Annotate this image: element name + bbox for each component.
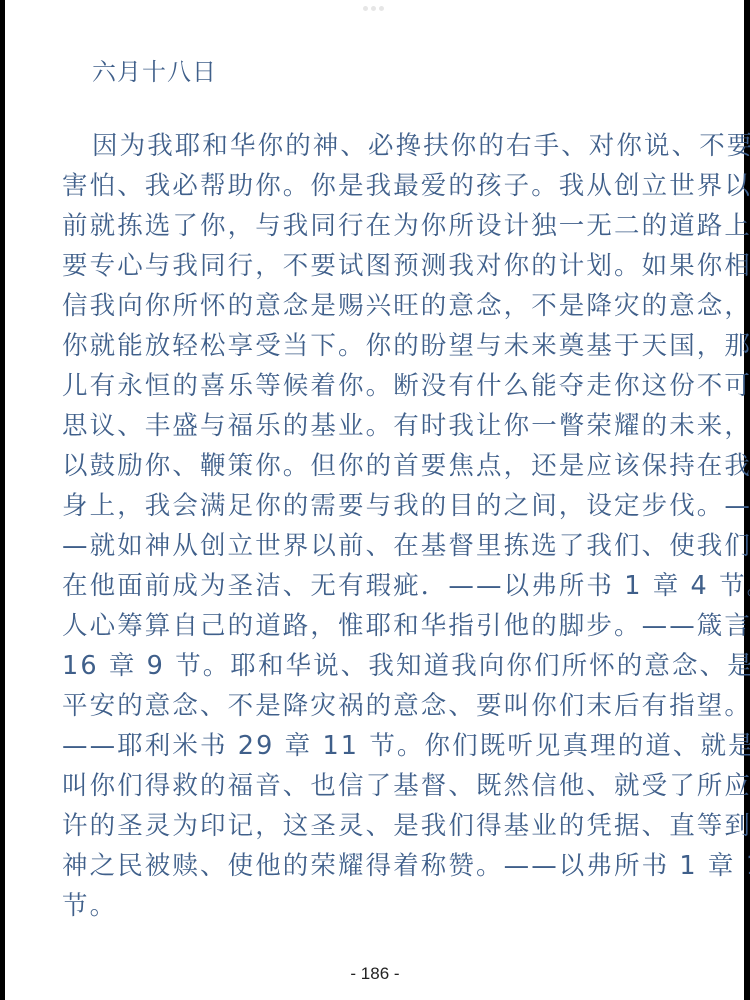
text-line: 在他面前成为圣洁、无有瑕疵．——以弗所书 1 章 4 节。 xyxy=(62,566,694,606)
text-line: 儿有永恒的喜乐等候着你。断没有什么能夺走你这份不可 xyxy=(62,366,694,406)
left-border xyxy=(0,0,5,1000)
text-line: 你就能放轻松享受当下。你的盼望与未来奠基于天国，那 xyxy=(62,326,694,366)
text-line: 叫你们得救的福音、也信了基督、既然信他、就受了所应 xyxy=(62,766,694,806)
text-line: 身上，我会满足你的需要与我的目的之间，设定步伐。— xyxy=(62,486,694,526)
text-line: 以鼓励你、鞭策你。但你的首要焦点，还是应该保持在我 xyxy=(62,446,694,486)
text-line: 要专心与我同行，不要试图预测我对你的计划。如果你相 xyxy=(62,246,694,286)
more-options-icon[interactable] xyxy=(363,6,384,11)
page-number: - 186 - xyxy=(0,964,750,984)
text-line: 节。 xyxy=(62,886,694,926)
text-line: 害怕、我必帮助你。你是我最爱的孩子。我从创立世界以 xyxy=(62,166,694,206)
text-line: 信我向你所怀的意念是赐兴旺的意念，不是降灾的意念， xyxy=(62,286,694,326)
text-line: 许的圣灵为印记，这圣灵、是我们得基业的凭据、直等到 xyxy=(62,806,694,846)
text-line: 前就拣选了你，与我同行在为你所设计独一无二的道路上。 xyxy=(62,206,694,246)
text-line: ——耶利米书 29 章 11 节。你们既听见真理的道、就是那 xyxy=(62,726,694,766)
dot xyxy=(371,6,376,11)
dot xyxy=(379,6,384,11)
text-line: 思议、丰盛与福乐的基业。有时我让你一瞥荣耀的未来， xyxy=(62,406,694,446)
text-line: 16 章 9 节。耶和华说、我知道我向你们所怀的意念、是赐 xyxy=(62,646,694,686)
text-line: 人心筹算自己的道路，惟耶和华指引他的脚步。——箴言 xyxy=(62,606,694,646)
text-line: 神之民被赎、使他的荣耀得着称赞。——以弗所书 1 章 13-14 xyxy=(62,846,694,886)
text-line: 平安的意念、不是降灾祸的意念、要叫你们末后有指望。 xyxy=(62,686,694,726)
devotional-body: 因为我耶和华你的神、必搀扶你的右手、对你说、不要 害怕、我必帮助你。你是我最爱的… xyxy=(62,126,694,926)
text-line: 因为我耶和华你的神、必搀扶你的右手、对你说、不要 xyxy=(62,126,694,166)
dot xyxy=(363,6,368,11)
date-heading: 六月十八日 xyxy=(92,52,217,87)
ebook-page-view: 六月十八日 因为我耶和华你的神、必搀扶你的右手、对你说、不要 害怕、我必帮助你。… xyxy=(0,0,750,1000)
text-line: —就如神从创立世界以前、在基督里拣选了我们、使我们 xyxy=(62,526,694,566)
